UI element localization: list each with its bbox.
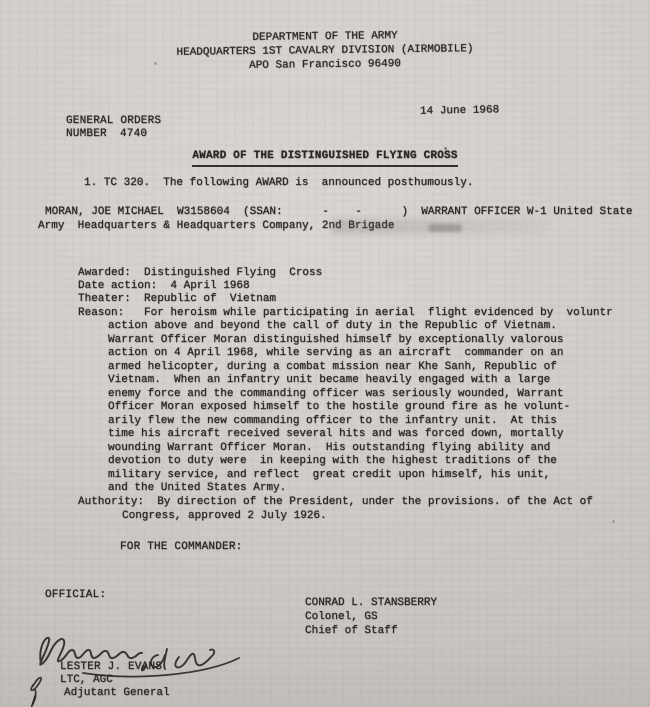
- award-title: AWARD OF THE DISTINGUISHED FLYING CROSS: [0, 150, 650, 167]
- field-theater-label: Theater:: [78, 293, 131, 305]
- paper-speck: [612, 520, 615, 523]
- general-orders-label: GENERAL ORDERS: [66, 115, 161, 129]
- field-reason-label: Reason:: [78, 307, 124, 319]
- for-the-commander-line: FOR THE COMMANDER:: [120, 541, 242, 555]
- reason-line: action above and beyond the call of duty…: [108, 320, 557, 334]
- signer-left-rank: LTC, AGC: [60, 674, 113, 688]
- field-reason-value-start: For heroism while participating in aeria…: [124, 307, 612, 319]
- order-number-line: NUMBER4740: [66, 128, 147, 142]
- reason-line: devotion to duty were in keeping with th…: [108, 455, 557, 469]
- field-date-action: Date action:4 April 1968: [78, 280, 250, 294]
- field-authority-label: Authority:: [78, 496, 144, 508]
- signer-right-name: CONRAD L. STANSBERRY: [305, 597, 437, 611]
- order-number-value: 4740: [107, 128, 147, 140]
- field-awarded-label: Awarded:: [78, 267, 131, 279]
- signature-agc: [175, 649, 214, 667]
- handwritten-for: [31, 678, 41, 704]
- reason-line: time his aircraft received several hits …: [108, 428, 563, 442]
- reason-line: Officer Moran exposed himself to the hos…: [108, 401, 570, 415]
- field-authority-line2: Congress, approved 2 July 1926.: [122, 510, 327, 524]
- signer-right-rank: Colonel, GS: [305, 611, 378, 625]
- field-awarded: Awarded:Distinguished Flying Cross: [78, 267, 322, 281]
- reason-line: Vietnam. When an infantry unit became he…: [108, 374, 550, 388]
- intro-line: 1. TC 320. The following AWARD is announ…: [84, 177, 473, 191]
- reason-line: and the United States Army.: [108, 482, 286, 496]
- reason-line: military service, and reflect great cred…: [108, 469, 550, 483]
- reason-line: action on 4 April 1968, while serving as…: [108, 347, 563, 361]
- reason-line: enemy force and the commanding officer w…: [108, 388, 563, 402]
- reason-line: arily flew the new commanding officer to…: [108, 415, 557, 429]
- paper-speck: [154, 62, 157, 65]
- signer-left-name: LESTER J. EVANS: [60, 661, 162, 675]
- redaction-smudge-dark: [428, 224, 462, 232]
- order-number-label: NUMBER: [66, 128, 107, 140]
- field-theater-value: Republic of Vietnam: [131, 293, 276, 305]
- field-theater: Theater:Republic of Vietnam: [78, 293, 276, 307]
- reason-line: Warrant Officer Moran distinguished hims…: [108, 334, 563, 348]
- field-date-action-label: Date action:: [78, 280, 157, 292]
- recipient-name-line: MORAN, JOE MICHAEL W3158604 (SSAN: - - )…: [45, 206, 633, 220]
- reason-line: armed helicopter, during a combat missio…: [108, 361, 557, 375]
- signer-left-title: Adjutant General: [64, 687, 170, 701]
- field-date-action-value: 4 April 1968: [157, 280, 249, 292]
- paper-speck: [444, 147, 447, 150]
- reason-line: wounding Warrant Officer Moran. His outs…: [108, 442, 550, 456]
- official-label: OFFICIAL:: [45, 589, 106, 603]
- field-reason-first-line: Reason:For heroism while participating i…: [78, 307, 613, 321]
- recipient-unit-line: Army Headquarters & Headquarters Company…: [38, 220, 394, 234]
- document-date: 14 June 1968: [420, 104, 499, 119]
- field-authority: Authority:By direction of the President,…: [78, 496, 593, 510]
- scanned-document-page: DEPARTMENT OF THE ARMY HEADQUARTERS 1ST …: [0, 0, 650, 707]
- signer-right-title: Chief of Staff: [305, 625, 397, 639]
- field-awarded-value: Distinguished Flying Cross: [131, 267, 322, 279]
- field-authority-value: By direction of the President, under the…: [144, 496, 593, 508]
